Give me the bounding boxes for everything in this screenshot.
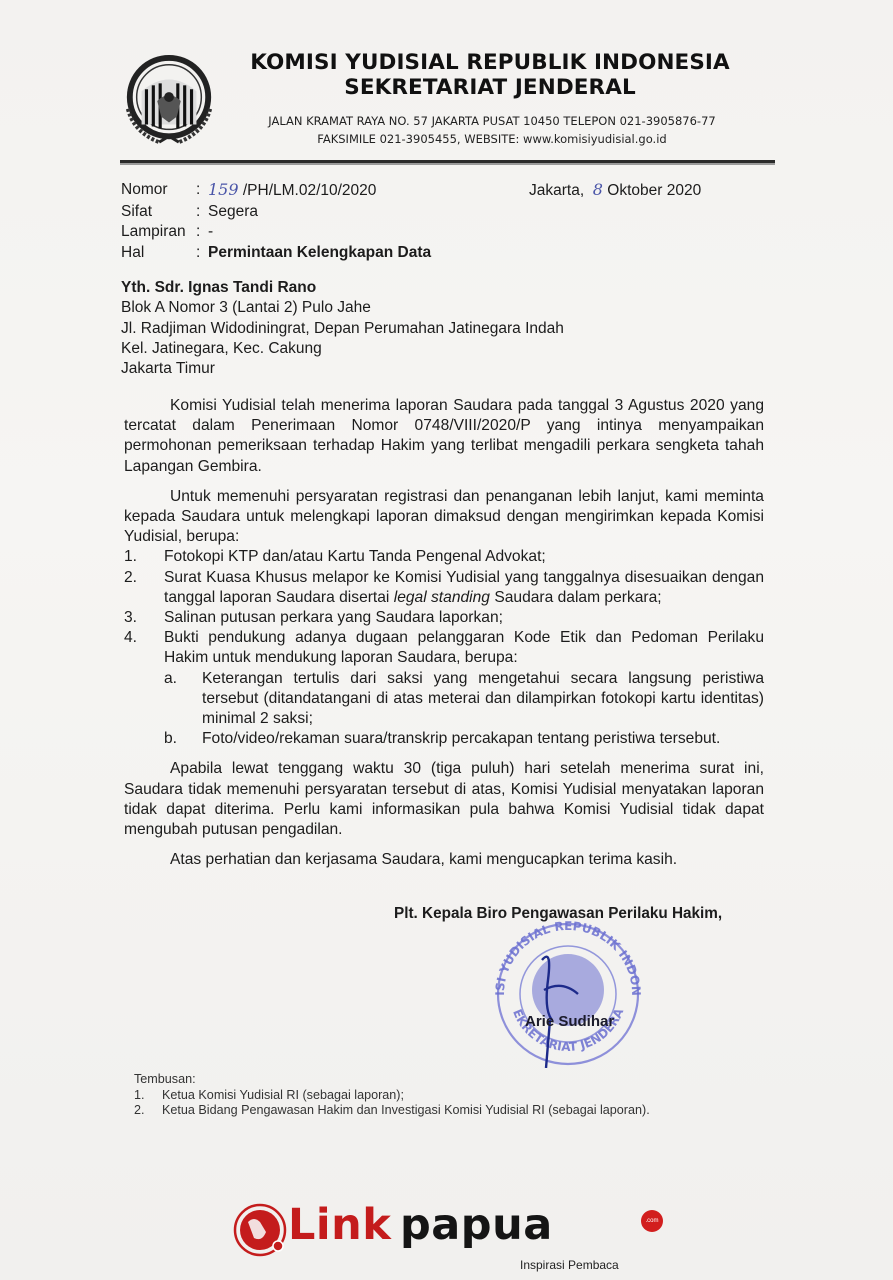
letterhead-address: JALAN KRAMAT RAYA NO. 57 JAKARTA PUSAT 1… <box>232 112 752 148</box>
paragraph: Komisi Yudisial telah menerima laporan S… <box>124 396 764 477</box>
paragraph: Atas perhatian dan kerjasama Saudara, ka… <box>124 850 764 870</box>
brand-name-black: papua <box>400 1200 553 1250</box>
paragraph: Untuk memenuhi persyaratan registrasi da… <box>124 487 764 548</box>
recipient-address-line: Blok A Nomor 3 (Lantai 2) Pulo Jahe <box>121 298 564 318</box>
list-item: 3. Salinan putusan perkara yang Saudara … <box>124 608 764 628</box>
recipient-block: Yth. Sdr. Ignas Tandi Rano Blok A Nomor … <box>121 278 564 379</box>
brand-tagline: Inspirasi Pembaca <box>520 1258 619 1272</box>
komisi-yudisial-emblem-icon <box>120 52 218 150</box>
list-item: b. Foto/video/rekaman suara/transkrip pe… <box>164 729 764 749</box>
letterhead-title: KOMISI YUDISIAL REPUBLIK INDONESIA SEKRE… <box>240 50 740 100</box>
globe-logo-icon <box>232 1202 288 1258</box>
letter-meta: Nomor : 159 /PH/LM.02/10/2020 Sifat : Se… <box>121 180 431 263</box>
letterhead-divider <box>120 160 775 163</box>
list-item: a. Keterangan tertulis dari saksi yang m… <box>164 669 764 730</box>
handwritten-day: 8 <box>593 180 603 199</box>
list-item: 1. Ketua Komisi Yudisial RI (sebagai lap… <box>134 1088 650 1104</box>
address-line: JALAN KRAMAT RAYA NO. 57 JAKARTA PUSAT 1… <box>232 112 752 130</box>
evidence-sublist: a. Keterangan tertulis dari saksi yang m… <box>164 669 764 750</box>
carbon-copy-list: Tembusan: 1. Ketua Komisi Yudisial RI (s… <box>134 1072 650 1119</box>
signatory-name: Arie Sudihar <box>525 1013 614 1030</box>
list-item: 2. Surat Kuasa Khusus melapor ke Komisi … <box>124 568 764 608</box>
meta-sifat: Sifat : Segera <box>121 202 431 223</box>
linkpapua-watermark: Link papua .com Inspirasi Pembaca <box>232 1200 662 1278</box>
scanned-letter: KOMISI YUDISIAL REPUBLIK INDONESIA SEKRE… <box>0 0 893 1280</box>
list-item: 1. Fotokopi KTP dan/atau Kartu Tanda Pen… <box>124 547 764 567</box>
handwritten-number: 159 <box>208 180 239 199</box>
official-stamp-icon: KOMISI YUDISIAL REPUBLIK INDONESIA SEKRE… <box>482 920 654 1068</box>
letter-subject: Permintaan Kelengkapan Data <box>208 243 431 264</box>
brand-name-red: Link <box>288 1200 391 1250</box>
recipient-name: Yth. Sdr. Ignas Tandi Rano <box>121 278 564 298</box>
contact-line: FAKSIMILE 021-3905455, WEBSITE: www.komi… <box>232 130 752 148</box>
meta-nomor: Nomor : 159 /PH/LM.02/10/2020 <box>121 180 431 202</box>
com-badge: .com <box>641 1210 663 1232</box>
meta-lampiran: Lampiran : - <box>121 222 431 243</box>
requirements-list: 1. Fotokopi KTP dan/atau Kartu Tanda Pen… <box>124 547 764 749</box>
recipient-address-line: Kel. Jatinegara, Kec. Cakung <box>121 339 564 359</box>
recipient-address-line: Jl. Radjiman Widodiningrat, Depan Peruma… <box>121 319 564 339</box>
recipient-address-line: Jakarta Timur <box>121 359 564 379</box>
paragraph: Apabila lewat tenggang waktu 30 (tiga pu… <box>124 759 764 840</box>
organization-division: SEKRETARIAT JENDERAL <box>240 75 740 100</box>
meta-hal: Hal : Permintaan Kelengkapan Data <box>121 243 431 264</box>
letter-body: Komisi Yudisial telah menerima laporan S… <box>124 396 764 870</box>
carbon-copy-label: Tembusan: <box>134 1072 650 1088</box>
letter-date: Jakarta, 8 Oktober 2020 <box>529 180 701 202</box>
list-item: 2. Ketua Bidang Pengawasan Hakim dan Inv… <box>134 1103 650 1119</box>
list-item: 4. Bukti pendukung adanya dugaan pelangg… <box>124 628 764 668</box>
organization-name: KOMISI YUDISIAL REPUBLIK INDONESIA <box>240 50 740 75</box>
